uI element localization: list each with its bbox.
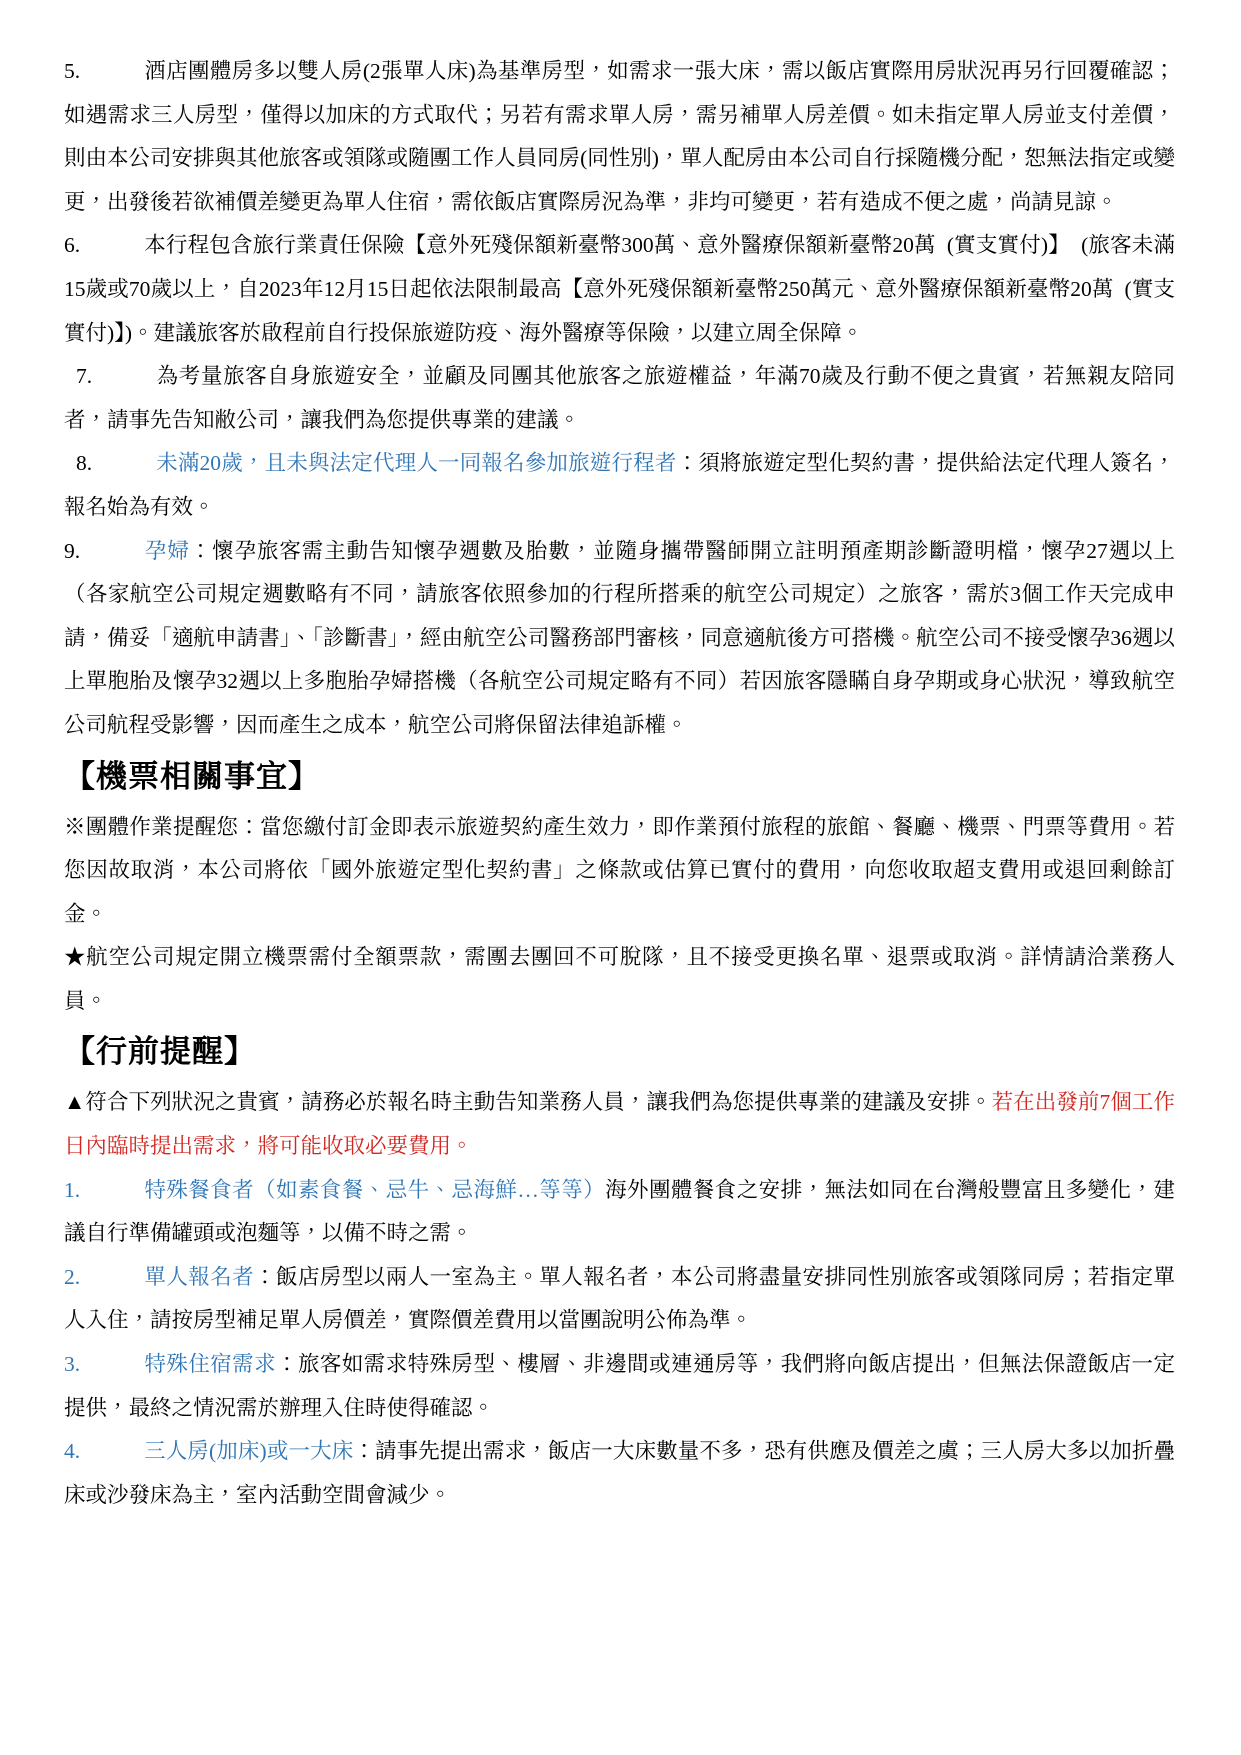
section-title-pretrip: 【行前提醒】: [64, 1025, 1175, 1079]
item-number: 1.: [64, 1169, 86, 1213]
paragraph-text: ※團體作業提醒您：當您繳付訂金即表示旅遊契約產生效力，即作業預付旅程的旅館、餐廳…: [64, 815, 1175, 926]
list-item-1: 1.特殊餐食者（如素食餐、忌牛、忌海鮮…等等）海外團體餐食之安排，無法如同在台灣…: [64, 1169, 1175, 1256]
item-text: 酒店團體房多以雙人房(2張單人床)為基準房型，如需求一張大床，需以飯店實際用房狀…: [64, 59, 1175, 214]
item-number: 5.: [64, 50, 86, 94]
item-number: 7.: [76, 355, 98, 399]
list-item-6: 6.本行程包含旅行業責任保險【意外死殘保額新臺幣300萬、意外醫療保額新臺幣20…: [64, 224, 1175, 355]
section-title-ticket: 【機票相關事宜】: [64, 750, 1175, 804]
item-text: 本行程包含旅行業責任保險【意外死殘保額新臺幣300萬、意外醫療保額新臺幣20萬 …: [64, 233, 1175, 344]
pretrip-intro-paragraph: ▲符合下列狀況之貴賓，請務必於報名時主動告知業務人員，讓我們為您提供專業的建議及…: [64, 1081, 1175, 1168]
item-highlight: 三人房(加床)或一大床: [144, 1439, 353, 1463]
item-number: 4.: [64, 1430, 86, 1474]
item-text: ：懷孕旅客需主動告知懷孕週數及胎數，並隨身攜帶醫師開立註明預產期診斷證明檔，懷孕…: [64, 539, 1175, 737]
item-text: 為考量旅客自身旅遊安全，並顧及同團其他旅客之旅遊權益，年滿70歲及行動不便之貴賓…: [64, 364, 1175, 432]
item-highlight: 孕婦: [144, 539, 190, 563]
list-item-7: 7.為考量旅客自身旅遊安全，並顧及同團其他旅客之旅遊權益，年滿70歲及行動不便之…: [64, 355, 1175, 442]
item-number: 6.: [64, 224, 86, 268]
list-item-4: 4.三人房(加床)或一大床：請事先提出需求，飯店一大床數量不多，恐有供應及價差之…: [64, 1430, 1175, 1517]
item-highlight: 特殊住宿需求: [144, 1352, 276, 1376]
item-number: 8.: [76, 442, 98, 486]
document-page: 5.酒店團體房多以雙人房(2張單人床)為基準房型，如需求一張大床，需以飯店實際用…: [0, 0, 1241, 1577]
item-highlight: 單人報名者: [144, 1265, 254, 1289]
list-item-8: 8.未滿20歲，且未與法定代理人一同報名參加旅遊行程者：須將旅遊定型化契約書，提…: [64, 442, 1175, 529]
item-highlight: 特殊餐食者（如素食餐、忌牛、忌海鮮…等等）: [144, 1178, 605, 1202]
list-item-3: 3.特殊住宿需求：旅客如需求特殊房型、樓層、非邊間或連通房等，我們將向飯店提出，…: [64, 1343, 1175, 1430]
item-highlight: 未滿20歲，且未與法定代理人一同報名參加旅遊行程者: [156, 451, 677, 475]
intro-text: ▲符合下列狀況之貴賓，請務必於報名時主動告知業務人員，讓我們為您提供專業的建議及…: [64, 1090, 992, 1114]
item-number: 3.: [64, 1343, 86, 1387]
item-number: 2.: [64, 1256, 86, 1300]
item-number: 9.: [64, 530, 86, 574]
ticket-rule-paragraph: ★航空公司規定開立機票需付全額票款，需團去團回不可脫隊，且不接受更換名單、退票或…: [64, 936, 1175, 1023]
list-item-2: 2.單人報名者：飯店房型以兩人一室為主。單人報名者，本公司將盡量安排同性別旅客或…: [64, 1256, 1175, 1343]
paragraph-text: ★航空公司規定開立機票需付全額票款，需團去團回不可脫隊，且不接受更換名單、退票或…: [64, 945, 1175, 1013]
list-item-5: 5.酒店團體房多以雙人房(2張單人床)為基準房型，如需求一張大床，需以飯店實際用…: [64, 50, 1175, 224]
list-item-9: 9.孕婦：懷孕旅客需主動告知懷孕週數及胎數，並隨身攜帶醫師開立註明預產期診斷證明…: [64, 530, 1175, 748]
ticket-deposit-paragraph: ※團體作業提醒您：當您繳付訂金即表示旅遊契約產生效力，即作業預付旅程的旅館、餐廳…: [64, 806, 1175, 937]
